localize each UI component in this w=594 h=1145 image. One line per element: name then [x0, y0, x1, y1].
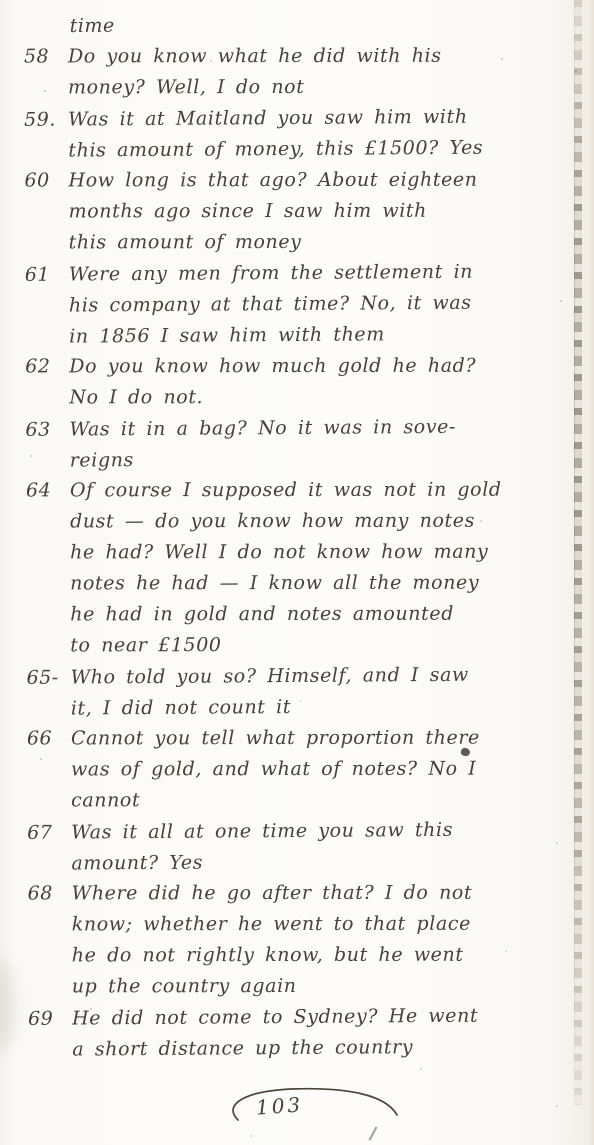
entry-text: Do you know what he did with hismoney? W…	[68, 41, 548, 104]
text-line: up the country again	[72, 971, 552, 1003]
entry-text: Who told you so? Himself, and I sawit, I…	[70, 659, 550, 724]
entry-text: Of course I supposed it was not in goldd…	[70, 475, 550, 662]
qa-entry: 68 Where did he go after that? I do notk…	[28, 878, 552, 1003]
text-line: No I do not.	[69, 382, 549, 414]
text-line: Do you know what he did with his	[68, 41, 548, 73]
qa-entries: 58 Do you know what he did with hismoney…	[24, 40, 552, 1065]
entry-number: 64	[26, 475, 70, 506]
text-line: was of gold, and what of notes? No I	[71, 754, 551, 786]
text-line: dust — do you know how many notes	[70, 506, 550, 538]
text-line: notes he had — I know all the money	[70, 568, 550, 600]
text-line: Of course I supposed it was not in gold	[70, 475, 550, 507]
entry-text: Was it at Maitland you saw him withthis …	[68, 101, 548, 166]
entry-number: 65-	[26, 663, 70, 694]
page-number-flourish: 103	[220, 1082, 410, 1134]
text-line: Who told you so? Himself, and I saw	[70, 659, 550, 693]
text-line: Cannot you tell what proportion there	[71, 723, 551, 755]
text-line: reigns	[70, 442, 550, 476]
text-line: Was it all at one time you saw this	[71, 814, 551, 848]
text-line: he do not rightly know, but he went	[72, 940, 552, 972]
qa-entry: 62 Do you know how much gold he had?No I…	[25, 351, 549, 414]
entry-text: Cannot you tell what proportion therewas…	[71, 723, 551, 817]
qa-entry: 66 Cannot you tell what proportion there…	[27, 723, 551, 817]
qa-entry: 59. Was it at Maitland you saw him witht…	[24, 101, 548, 167]
qa-entry: 63 Was it in a bag? No it was in sove-re…	[25, 411, 549, 477]
entry-number: 59.	[24, 105, 68, 136]
entry-number: 66	[27, 723, 71, 754]
text-line: in 1856 I saw him with them	[69, 318, 549, 352]
entry-number: 61	[25, 260, 69, 291]
entry-text: Where did he go after that? I do notknow…	[72, 878, 552, 1003]
text-line: Do you know how much gold he had?	[69, 351, 549, 383]
entry-number: 63	[25, 415, 69, 446]
entry-text: Was it all at one time you saw thisamoun…	[71, 814, 551, 879]
text-line: months ago since I saw him with	[69, 196, 549, 228]
entry-text: Were any men from the settlement inhis c…	[69, 256, 550, 352]
handwritten-content: time 58 Do you know what he did with his…	[24, 9, 553, 1065]
text-line: his company at that time? No, it was	[69, 287, 549, 321]
text-line: this amount of money, this £1500? Yes	[68, 132, 548, 166]
text-line: How long is that ago? About eighteen	[68, 165, 548, 197]
text-line: he had in gold and notes amounted	[70, 599, 550, 631]
entry-text: How long is that ago? About eighteenmont…	[68, 165, 548, 259]
text-line: money? Well, I do not	[68, 72, 548, 104]
scan-smudge	[0, 960, 16, 1050]
qa-entry: 64 Of course I supposed it was not in go…	[26, 475, 550, 662]
text-line: he had? Well I do not know how many	[70, 537, 550, 569]
entry-text: Do you know how much gold he had?No I do…	[69, 351, 549, 414]
manuscript-page: time 58 Do you know what he did with his…	[0, 0, 594, 1145]
text-line: amount? Yes	[71, 845, 551, 879]
text-line: Where did he go after that? I do not	[72, 878, 552, 910]
qa-entry: 67 Was it all at one time you saw thisam…	[27, 814, 551, 880]
qa-entry: 69 He did not come to Sydney? He wenta s…	[28, 1000, 552, 1066]
entry-number: 68	[28, 878, 72, 909]
text-line: know; whether he went to that place	[72, 909, 552, 941]
text-line: He did not come to Sydney? He went	[72, 1000, 552, 1034]
entry-number: 58	[24, 41, 68, 72]
entry-number: 60	[24, 165, 68, 196]
qa-entry: 65- Who told you so? Himself, and I sawi…	[26, 659, 550, 725]
text-line: a short distance up the country	[72, 1031, 552, 1065]
flourish-arc-icon	[220, 1082, 410, 1134]
page-number: 103	[255, 1092, 304, 1119]
text-line: to near £1500	[70, 630, 550, 662]
text-line: cannot	[71, 785, 551, 817]
entry-text: Was it in a bag? No it was in sove-reign…	[69, 411, 549, 476]
text-line: it, I did not count it	[71, 690, 551, 724]
text-line: Was it at Maitland you saw him with	[68, 101, 548, 135]
entry-number: 67	[27, 818, 71, 849]
text-line: this amount of money	[69, 227, 549, 259]
qa-entry: 61 Were any men from the settlement inhi…	[25, 256, 550, 353]
entry-number: 69	[28, 1004, 72, 1035]
qa-entry: 58 Do you know what he did with hismoney…	[24, 41, 548, 104]
text-line: Were any men from the settlement in	[69, 256, 549, 290]
entry-text: He did not come to Sydney? He wenta shor…	[72, 1000, 552, 1065]
scan-speckles	[0, 0, 2, 2]
entry-number: 62	[25, 351, 69, 382]
qa-entry: 60 How long is that ago? About eighteenm…	[24, 165, 548, 259]
page-edge	[574, 0, 582, 1105]
continuation-line: time	[70, 9, 548, 42]
text-line: Was it in a bag? No it was in sove-	[69, 411, 549, 445]
